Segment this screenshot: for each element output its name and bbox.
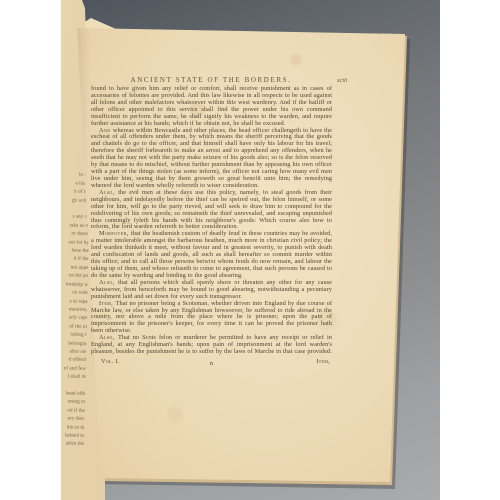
book-photo: meto mae his lah of thegh withe s any co… [61,0,440,500]
signature-mark: n [210,360,213,367]
catchword: Item, [316,358,330,365]
page-footer: Vol. I. n Item, [91,358,332,368]
text-block: found to have given him any relief or co… [91,86,332,368]
paragraph: Moreover, that the heathenish custom of … [91,231,332,279]
paragraph: Also, that all persons which shall openl… [91,280,332,301]
paragraph: Also, That no Scots felon or murderer be… [91,335,332,356]
paragraph: Also, the evil men at these days use thi… [91,190,332,232]
folio-number: xciii [337,78,347,84]
printed-text-layer: ANCIENT STATE OF THE BORDERS. xciii foun… [61,0,440,500]
paragraph: Item, That no prisoner being a Scotsman,… [91,301,332,336]
paragraphs: found to have given him any relief or co… [91,86,332,356]
paragraph: found to have given him any relief or co… [91,86,332,128]
running-header: ANCIENT STATE OF THE BORDERS. [91,76,331,84]
volume-label: Vol. I. [101,358,120,365]
screenshot-canvas: meto mae his lah of thegh withe s any co… [0,0,500,500]
paragraph: And whereas within Bewcastle and other p… [91,128,332,190]
